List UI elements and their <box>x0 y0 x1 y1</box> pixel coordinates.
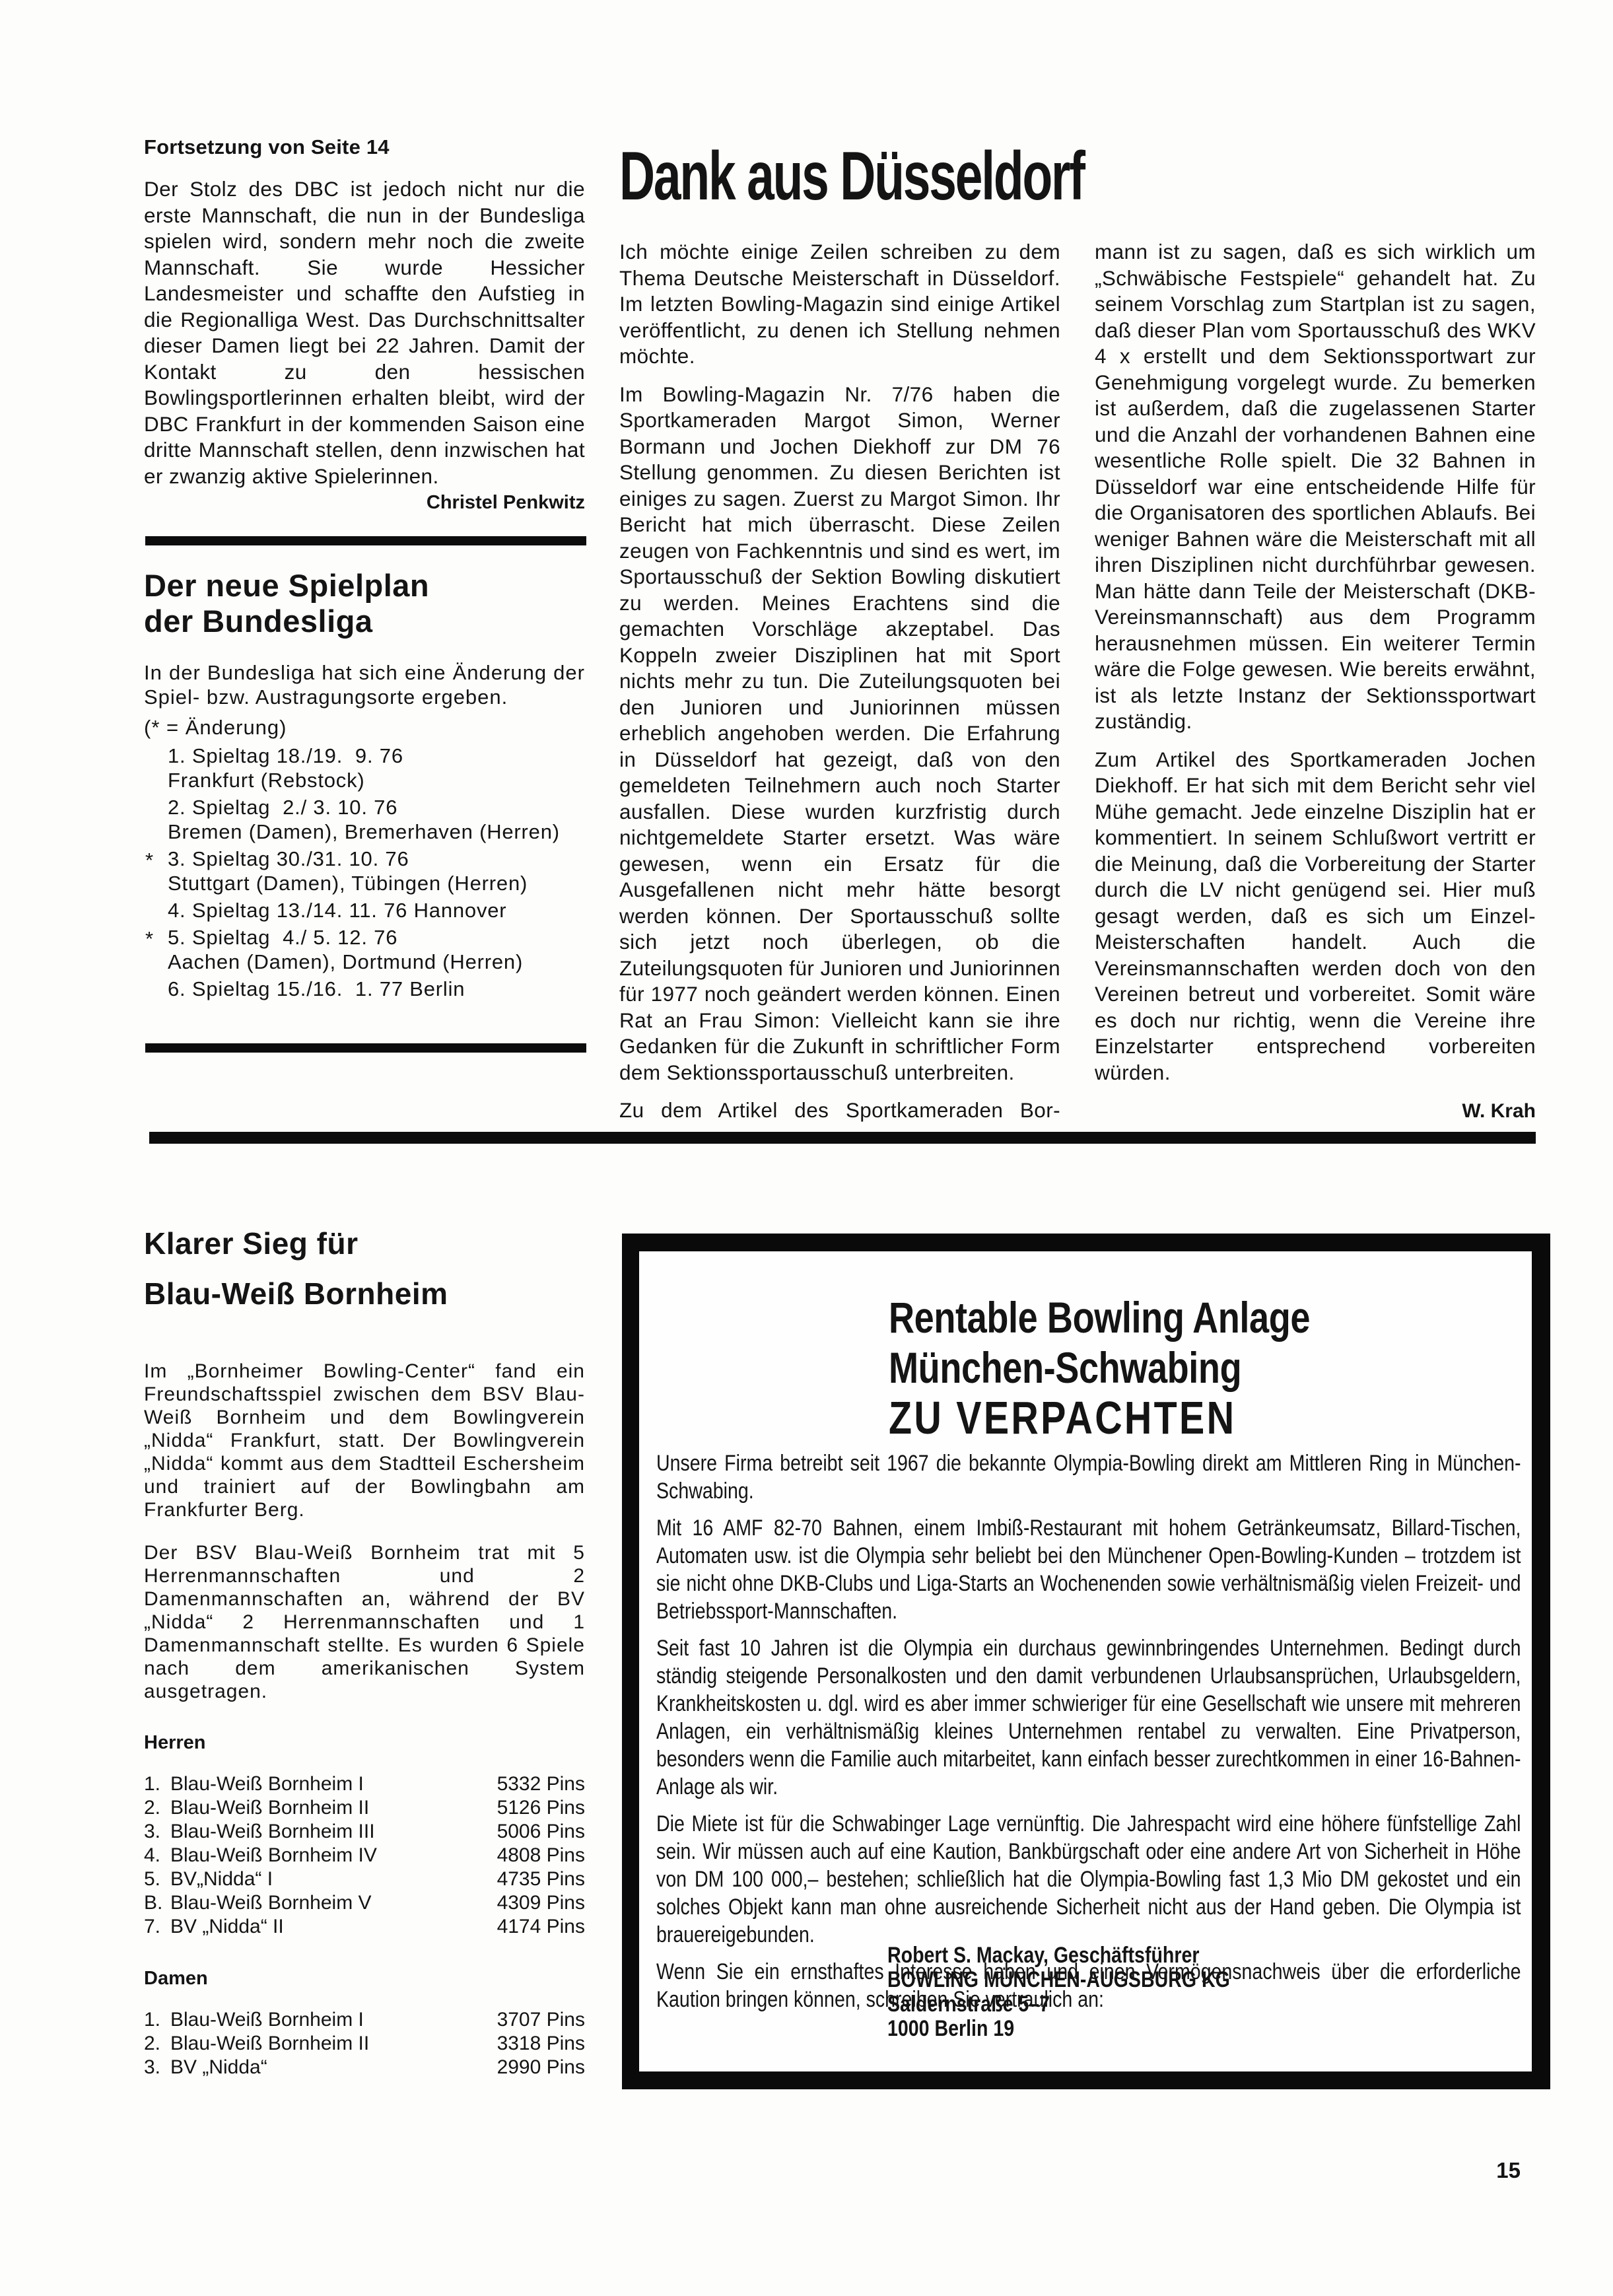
spielplan-intro: In der Bundesliga hat sich eine Änderung… <box>144 660 585 709</box>
ad-paragraph: Unsere Firma betreibt seit 1967 die beka… <box>656 1449 1521 1505</box>
result-row: 2.Blau-Weiß Bornheim II5126 Pins <box>144 1796 585 1820</box>
rank: 2. <box>144 2032 170 2056</box>
rank: 1. <box>144 1772 170 1796</box>
match-location: Stuttgart (Damen), Tübingen (Herren) <box>168 871 585 895</box>
match-location: Frankfurt (Rebstock) <box>168 768 585 792</box>
results-table-damen: 1.Blau-Weiß Bornheim I3707 Pins 2.Blau-W… <box>144 2008 585 2079</box>
continuation-author: Christel Penkwitz <box>144 492 585 514</box>
match-location: Bremen (Damen), Bremerhaven (Herren) <box>168 819 585 844</box>
contact-company: BOWLING MÜNCHEN-AUGSBURG KG <box>887 1968 1230 1992</box>
team: Blau-Weiß Bornheim IV <box>170 1844 377 1866</box>
ad-paragraph: Seit fast 10 Jahren ist die Olympia ein … <box>656 1634 1521 1801</box>
klarer-sieg-article: Klarer Sieg für Blau-Weiß Bornheim Im „B… <box>144 1218 585 2079</box>
score: 3707 Pins <box>497 2008 585 2032</box>
dank-column-2: mann ist zu sagen, daß es sich wirklich … <box>1095 239 1536 1123</box>
rank: 5. <box>144 1867 170 1891</box>
score: 4735 Pins <box>497 1867 585 1891</box>
result-row: 7.BV „Nidda“ II4174 Pins <box>144 1915 585 1939</box>
klarer-sieg-paragraph: Der BSV Blau-Weiß Bornheim trat mit 5 He… <box>144 1541 585 1703</box>
continuation-article: Fortsetzung von Seite 14 Der Stolz des D… <box>144 135 585 514</box>
results-heading-damen: Damen <box>144 1968 585 1990</box>
rank: 4. <box>144 1844 170 1867</box>
match-item: 2. Spieltag 2./ 3. 10. 76 Bremen (Damen)… <box>144 795 585 844</box>
results-table-herren: 1.Blau-Weiß Bornheim I5332 Pins 2.Blau-W… <box>144 1772 585 1939</box>
section-divider <box>145 1043 586 1053</box>
team: Blau-Weiß Bornheim I <box>170 1773 364 1795</box>
dank-paragraph: Im Bowling-Magazin Nr. 7/76 haben die Sp… <box>619 382 1060 1086</box>
ad-headline: Rentable Bowling Anlage München-Schwabin… <box>889 1292 1310 1443</box>
rank: 1. <box>144 2008 170 2032</box>
team: BV „Nidda“ II <box>170 1916 284 1937</box>
score: 4309 Pins <box>497 1891 585 1915</box>
ad-headline-line3: ZU VERPACHTEN <box>889 1393 1310 1443</box>
score: 4808 Pins <box>497 1844 585 1867</box>
result-row: 2.Blau-Weiß Bornheim II3318 Pins <box>144 2032 585 2056</box>
klarer-sieg-title: Klarer Sieg für Blau-Weiß Bornheim <box>144 1218 585 1319</box>
klarer-sieg-paragraph: Im „Bornheimer Bowling-Center“ fand ein … <box>144 1360 585 1521</box>
advertisement-box: Rentable Bowling Anlage München-Schwabin… <box>622 1234 1550 2089</box>
klarer-sieg-title-line2: Blau-Weiß Bornheim <box>144 1276 448 1311</box>
match-item: 4. Spieltag 13./14. 11. 76 Hannover <box>144 898 585 922</box>
match-item: 1. Spieltag 18./19. 9. 76 Frankfurt (Reb… <box>144 744 585 792</box>
score: 3318 Pins <box>497 2032 585 2056</box>
contact-city: 1000 Berlin 19 <box>887 2017 1230 2041</box>
spielplan-article: Der neue Spielplan der Bundesliga In der… <box>144 568 585 1004</box>
team: Blau-Weiß Bornheim I <box>170 2009 364 2031</box>
ad-paragraph: Mit 16 AMF 82-70 Bahnen, einem Imbiß-Res… <box>656 1514 1521 1625</box>
team: BV„Nidda“ I <box>170 1868 273 1890</box>
team: BV „Nidda“ <box>170 2056 267 2078</box>
ad-headline-line1: Rentable Bowling Anlage <box>889 1292 1310 1342</box>
result-row: 1.Blau-Weiß Bornheim I5332 Pins <box>144 1772 585 1796</box>
score: 5332 Pins <box>497 1772 585 1796</box>
rank: 3. <box>144 1820 170 1844</box>
result-row: 4.Blau-Weiß Bornheim IV4808 Pins <box>144 1844 585 1867</box>
dank-paragraph: Zu dem Artikel des Sportkameraden Bor- <box>619 1097 1060 1124</box>
match-date: 2. Spieltag 2./ 3. 10. 76 <box>168 795 585 819</box>
ad-headline-line2: München-Schwabing <box>889 1342 1310 1393</box>
continuation-body: Der Stolz des DBC ist jedoch nicht nur d… <box>144 176 585 489</box>
team: Blau-Weiß Bornheim III <box>170 1821 375 1842</box>
spielplan-title-line1: Der neue Spielplan <box>144 568 429 603</box>
match-item: * 3. Spieltag 30./31. 10. 76 Stuttgart (… <box>144 847 585 895</box>
result-row: 3.Blau-Weiß Bornheim III5006 Pins <box>144 1820 585 1844</box>
score: 5126 Pins <box>497 1796 585 1820</box>
page-number: 15 <box>1496 2158 1521 2183</box>
match-location: Aachen (Damen), Dortmund (Herren) <box>168 950 585 974</box>
result-row: 3.BV „Nidda“2990 Pins <box>144 2056 585 2079</box>
score: 4174 Pins <box>497 1915 585 1939</box>
result-row: 5.BV„Nidda“ I4735 Pins <box>144 1867 585 1891</box>
rank: 7. <box>144 1915 170 1939</box>
match-date: 4. Spieltag 13./14. 11. 76 Hannover <box>168 898 585 922</box>
ad-contact-block: Robert S. Mackay, Geschäftsführer BOWLIN… <box>887 1943 1230 2041</box>
match-date: 3. Spieltag 30./31. 10. 76 <box>168 847 585 871</box>
team: Blau-Weiß Bornheim II <box>170 2033 369 2054</box>
change-marker: * <box>145 848 154 872</box>
dank-column-1: Ich möchte einige Zeilen schreiben zu de… <box>619 239 1060 1136</box>
continuation-title: Fortsetzung von Seite 14 <box>144 135 585 159</box>
rank: 3. <box>144 2056 170 2079</box>
team: Blau-Weiß Bornheim II <box>170 1797 369 1819</box>
team: Blau-Weiß Bornheim V <box>170 1892 372 1914</box>
contact-name: Robert S. Mackay, Geschäftsführer <box>887 1943 1230 1968</box>
spielplan-title: Der neue Spielplan der Bundesliga <box>144 568 585 639</box>
dank-author: W. Krah <box>1095 1100 1536 1123</box>
rank: 2. <box>144 1796 170 1820</box>
dank-title: Dank aus Düsseldorf <box>619 140 1084 213</box>
match-date: 5. Spieltag 4./ 5. 12. 76 <box>168 925 585 950</box>
page-divider <box>149 1132 1536 1144</box>
dank-paragraph: mann ist zu sagen, daß es sich wirklich … <box>1095 239 1536 735</box>
result-row: B.Blau-Weiß Bornheim V4309 Pins <box>144 1891 585 1915</box>
dank-paragraph: Ich möchte einige Zeilen schreiben zu de… <box>619 239 1060 370</box>
dank-paragraph: Zum Artikel des Sportkameraden Jochen Di… <box>1095 747 1536 1086</box>
result-row: 1.Blau-Weiß Bornheim I3707 Pins <box>144 2008 585 2032</box>
spielplan-legend: (* = Änderung) <box>144 716 585 740</box>
ad-paragraph: Die Miete ist für die Schwabinger Lage v… <box>656 1810 1521 1949</box>
score: 2990 Pins <box>497 2056 585 2079</box>
contact-street: Saldernstraße 5–7 <box>887 1992 1230 2017</box>
match-item: * 5. Spieltag 4./ 5. 12. 76 Aachen (Dame… <box>144 925 585 974</box>
match-date: 6. Spieltag 15./16. 1. 77 Berlin <box>168 977 585 1001</box>
ad-body: Unsere Firma betreibt seit 1967 die beka… <box>656 1449 1521 2023</box>
results-heading-herren: Herren <box>144 1732 585 1754</box>
spielplan-title-line2: der Bundesliga <box>144 604 373 639</box>
change-marker: * <box>145 926 154 951</box>
klarer-sieg-title-line1: Klarer Sieg für <box>144 1226 359 1261</box>
match-item: 6. Spieltag 15./16. 1. 77 Berlin <box>144 977 585 1001</box>
score: 5006 Pins <box>497 1820 585 1844</box>
section-divider <box>145 536 586 545</box>
rank: B. <box>144 1891 170 1915</box>
match-date: 1. Spieltag 18./19. 9. 76 <box>168 744 585 768</box>
